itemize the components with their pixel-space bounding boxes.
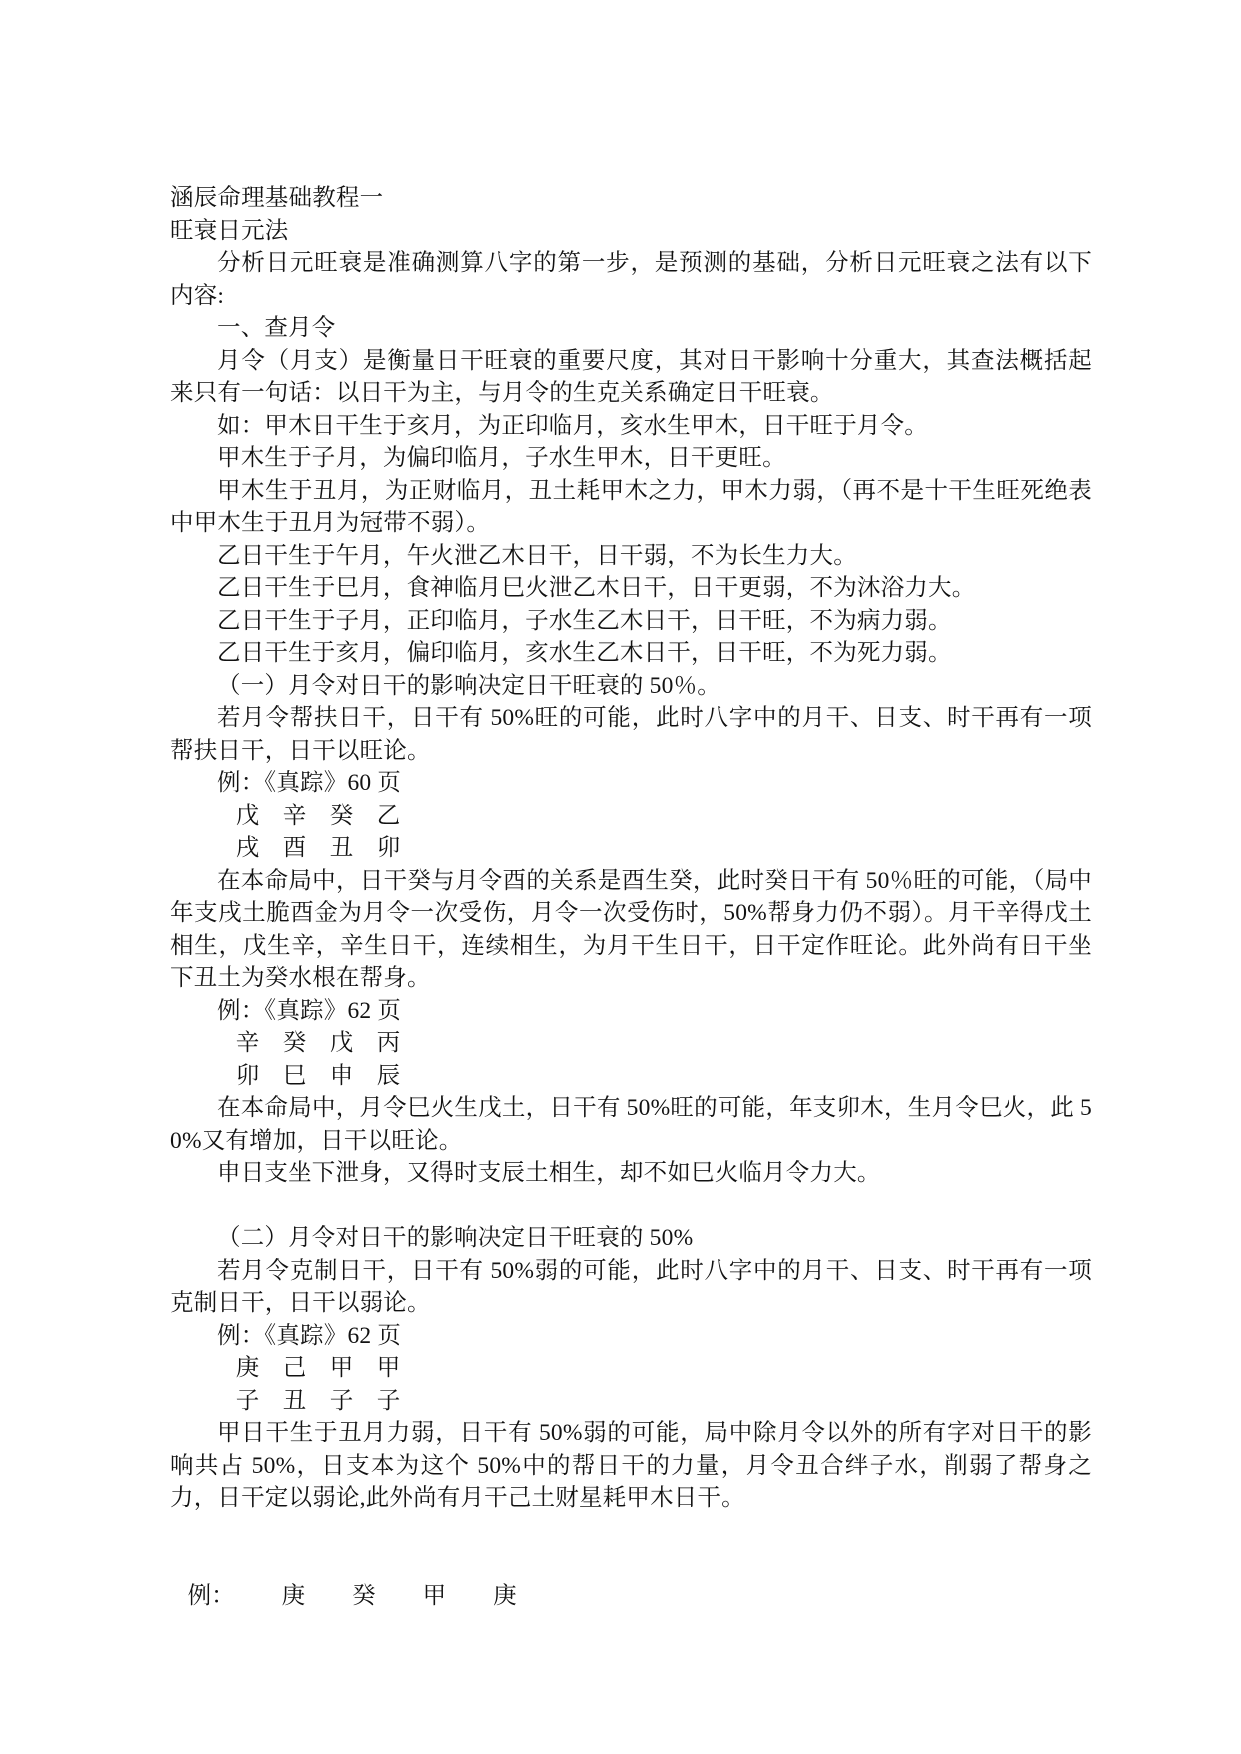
example-yi-si: 乙日干生于巳月，食神临月巳火泄乙木日干，日干更弱，不为沐浴力大。 [170, 572, 1092, 605]
analysis-chart-1: 在本命局中，日干癸与月令酉的关系是酉生癸，此时癸日干有 50％旺的可能，（局中年… [170, 865, 1092, 995]
example-ref-zhenzong-62a: 例：《真踪》62 页 [170, 995, 1092, 1028]
pillar-char: 申 [330, 1060, 354, 1093]
pillar-char: 子 [236, 1385, 260, 1418]
pillar-char: 戊 [236, 800, 260, 833]
pillar-char: 子 [377, 1385, 401, 1418]
pillar-char: 庚 [236, 1352, 260, 1385]
example-yi-hai: 乙日干生于亥月，偏印临月，亥水生乙木日干，日干旺，不为死力弱。 [170, 637, 1092, 670]
pillar-char: 酉 [283, 832, 307, 865]
intro-paragraph: 分析日元旺衰是准确测算八字的第一步，是预测的基础，分析日元旺衰之法有以下内容: [170, 247, 1092, 312]
bazi-branches-row-3: 子丑子子 [170, 1385, 1092, 1418]
pillar-char: 辛 [283, 800, 307, 833]
example-jia-chou: 甲木生于丑月，为正财临月，丑土耗甲木之力，甲木力弱，（再不是十干生旺死绝表中甲木… [170, 475, 1092, 540]
pillar-char: 癸 [283, 1027, 307, 1060]
pillar-char: 辛 [236, 1027, 260, 1060]
pillar-char: 戌 [236, 832, 260, 865]
method-title: 旺衰日元法 [170, 215, 1092, 248]
pillar-char: 癸 [352, 1580, 376, 1613]
bazi-branches-row-2: 卯巳申辰 [170, 1060, 1092, 1093]
bazi-stems-row-2: 辛癸戊丙 [170, 1027, 1092, 1060]
example-ref-zhenzong-62b: 例：《真踪》62 页 [170, 1320, 1092, 1353]
pillar-char: 丙 [377, 1027, 401, 1060]
blank-lines [170, 1515, 1092, 1580]
example-yi-wu: 乙日干生于午月，午火泄乙木日干，日干弱，不为长生力大。 [170, 540, 1092, 573]
subsection-1-rule: 若月令帮扶日干，日干有 50%旺的可能，此时八字中的月干、日支、时干再有一项帮扶… [170, 702, 1092, 767]
pillar-char: 丑 [283, 1385, 307, 1418]
pillar-char: 甲 [423, 1580, 447, 1613]
blank-line [170, 1190, 1092, 1223]
analysis-chart-2-note: 申日支坐下泄身，又得时支辰土相生，却不如巳火临月令力大。 [170, 1157, 1092, 1190]
example-jia-zi: 甲木生于子月，为偏印临月，子水生甲木，日干更旺。 [170, 442, 1092, 475]
example-label: 例： [188, 1580, 235, 1613]
pillar-char: 癸 [330, 800, 354, 833]
pillar-char: 庚 [282, 1580, 306, 1613]
example-ref-zhenzong-60: 例：《真踪》60 页 [170, 767, 1092, 800]
document-body: 涵辰命理基础教程一旺衰日元法分析日元旺衰是准确测算八字的第一步，是预测的基础，分… [170, 182, 1092, 1612]
yueling-definition: 月令（月支）是衡量日干旺衰的重要尺度，其对日干影响十分重大，其查法概括起来只有一… [170, 345, 1092, 410]
example-jia-hai: 如：甲木日干生于亥月，为正印临月，亥水生甲木，日干旺于月令。 [170, 410, 1092, 443]
analysis-chart-3: 甲日干生于丑月力弱，日干有 50%弱的可能，局中除月令以外的所有字对日干的影响共… [170, 1417, 1092, 1515]
pillar-char: 乙 [377, 800, 401, 833]
pillar-char: 丑 [330, 832, 354, 865]
course-title: 涵辰命理基础教程一 [170, 182, 1092, 215]
example-yi-zi: 乙日干生于子月，正印临月，子水生乙木日干，日干旺，不为病力弱。 [170, 605, 1092, 638]
analysis-chart-2: 在本命局中，月令巳火生戊土，日干有 50%旺的可能，年支卯木，生月令巳火，此 5… [170, 1092, 1092, 1157]
pillar-char: 巳 [283, 1060, 307, 1093]
pillar-char: 甲 [377, 1352, 401, 1385]
subsection-2-heading: （二）月令对日干的影响决定日干旺衰的 50% [170, 1222, 1092, 1255]
bazi-branches-row-1: 戌酉丑卯 [170, 832, 1092, 865]
pillar-char: 子 [330, 1385, 354, 1418]
pillar-char: 卯 [377, 832, 401, 865]
bazi-stems-row-1: 戊辛癸乙 [170, 800, 1092, 833]
section-1-heading: 一、查月令 [170, 312, 1092, 345]
pillar-char: 己 [283, 1352, 307, 1385]
pillar-char: 卯 [236, 1060, 260, 1093]
bazi-stems-row-3: 庚己甲甲 [170, 1352, 1092, 1385]
pillar-char: 辰 [377, 1060, 401, 1093]
document-page: { "document": { "language": "zh-CN", "te… [0, 0, 1241, 1754]
pillar-char: 戊 [330, 1027, 354, 1060]
example-pillar-row-4: 例：庚癸甲庚 [170, 1580, 1092, 1613]
subsection-1-heading: （一）月令对日干的影响决定日干旺衰的 50％。 [170, 670, 1092, 703]
pillar-char: 甲 [330, 1352, 354, 1385]
pillar-char: 庚 [493, 1580, 517, 1613]
subsection-2-rule: 若月令克制日干，日干有 50%弱的可能，此时八字中的月干、日支、时干再有一项克制… [170, 1255, 1092, 1320]
